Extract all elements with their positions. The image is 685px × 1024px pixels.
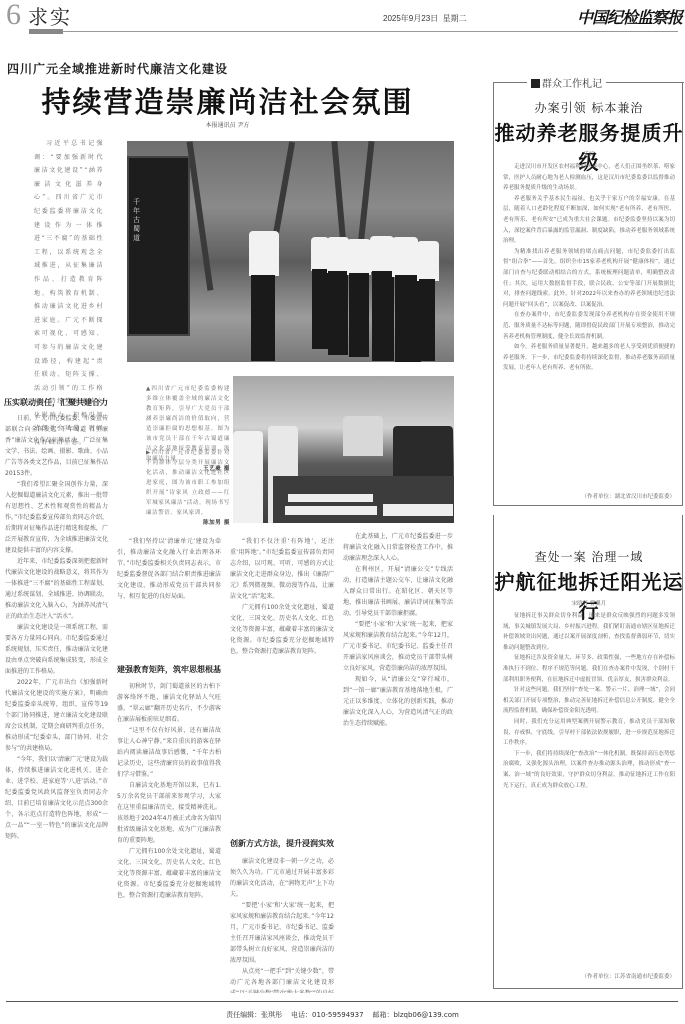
article-column-3-bottom: 廉洁文化建设非一朝一夕之功，必须久久为功。广元市通过开展丰富多彩的廉洁文化活动，… (230, 856, 334, 993)
sidebar-article-2: 查处一案 治理一域 护航征地拆迁阳光运行 宋晗轩 曹翼月 征地拆迁事关群众切身利… (493, 515, 683, 989)
article-column-3: “我们不仅注重‘有阵地’，还注重‘用阵地’。”市纪委监委宣传部负责同志介绍，以可… (230, 536, 334, 836)
photo-credit: 陈加男 摄 (146, 518, 230, 528)
page-footer: 责任编辑：张琪彤 电话：010-59594937 邮箱：blzqb06@139.… (0, 1010, 685, 1020)
section-name: 求实 (28, 4, 72, 30)
contact-email: 邮箱：blzqb06@139.com (372, 1011, 458, 1019)
sidebar-subtitle: 办案引领 标本兼治 (494, 99, 684, 116)
masthead: 6 求实 2025年9月23日 星期二 中国纪检监察报 (0, 0, 685, 34)
masthead-rule (62, 31, 678, 32)
article-column-4: 在此基础上，广元市纪委监委进一步将廉洁文化融入日常监督检查工作中，推动廉洁理念深… (343, 531, 453, 993)
page-number: 6 (6, 0, 21, 32)
section-heading: 建强教育矩阵，筑牢思想根基 (117, 664, 221, 675)
newspaper-logo: 中国纪检监察报 (577, 5, 682, 28)
editor-credit: 责任编辑：张琪彤 (226, 1011, 282, 1019)
photo-caption-2: ▶四川省广元市纪委监委针对不同群体分层分类开展廉洁文化活动，推动廉洁文化进社区进… (146, 448, 230, 528)
sidebar-article-1: 群众工作札记 办案引领 标本兼治 推动养老服务提质升级 乐婷 走进汉川市开发区农… (493, 82, 683, 506)
section-underline (29, 29, 63, 34)
exhibit-signboard: 千年古蜀道 (127, 156, 190, 336)
tree-trunk (187, 141, 214, 290)
footer-rule (6, 1001, 678, 1002)
article-headline: 持续营造崇廉尚洁社会氛围 (0, 80, 455, 121)
issue-date: 2025年9月23日 星期二 (383, 13, 467, 24)
column-badge-icon (531, 79, 540, 88)
column-tag: 群众工作札记 (527, 75, 606, 90)
article-byline: 本报通讯员 尹方 (0, 120, 455, 129)
sidebar-subtitle: 查处一案 治理一域 (494, 548, 684, 565)
author-unit: （作者单位：湖北省汉川市纪委监委） (503, 492, 675, 503)
article-column-2-top: “我们坚持以‘清廉单元’建设为牵引，推动廉洁文化融入行业治理各环节。”市纪委监委… (117, 536, 221, 656)
sidebar-body: 征地拆迁事关群众切身利益，历来是群众反映强烈的问题多发领域，事关城镇发展大局、乡… (503, 611, 675, 971)
sidebar-byline: 乐婷 (494, 150, 684, 158)
contact-phone: 电话：010-59594937 (291, 1011, 364, 1019)
sidebar-body: 走进汉川市开发区农村福利院医养中心，老人们正围坐织茶、唠家常，医护人员耐心地为老… (503, 162, 675, 502)
article-kicker: 四川广元全域推进新时代廉洁文化建设 (7, 60, 228, 77)
photo-ancient-road-visit: 千年古蜀道 (127, 141, 454, 362)
article-column-2: 初秋时节，剑门蜀道景区的古柏下游客络绎不绝，廉洁文化驿站人气旺盛，“翠云廊”翻开… (117, 681, 221, 993)
sidebar-byline: 宋晗轩 曹翼月 (494, 599, 684, 607)
article-column-1: 日前，广元市纪委监委、市委宣传部联合向全国发起“千年蜀道 百里廉香”廉洁文化作品… (5, 413, 108, 993)
author-unit: （作者单位：江苏省南通市纪委监委） (503, 972, 675, 983)
section-heading: 压实联动责任，汇聚共建合力 (4, 397, 108, 408)
photo-calligraphy-event (233, 376, 454, 523)
guide-person (249, 231, 279, 276)
section-heading: 创新方式方法，提升浸润实效 (230, 838, 334, 849)
